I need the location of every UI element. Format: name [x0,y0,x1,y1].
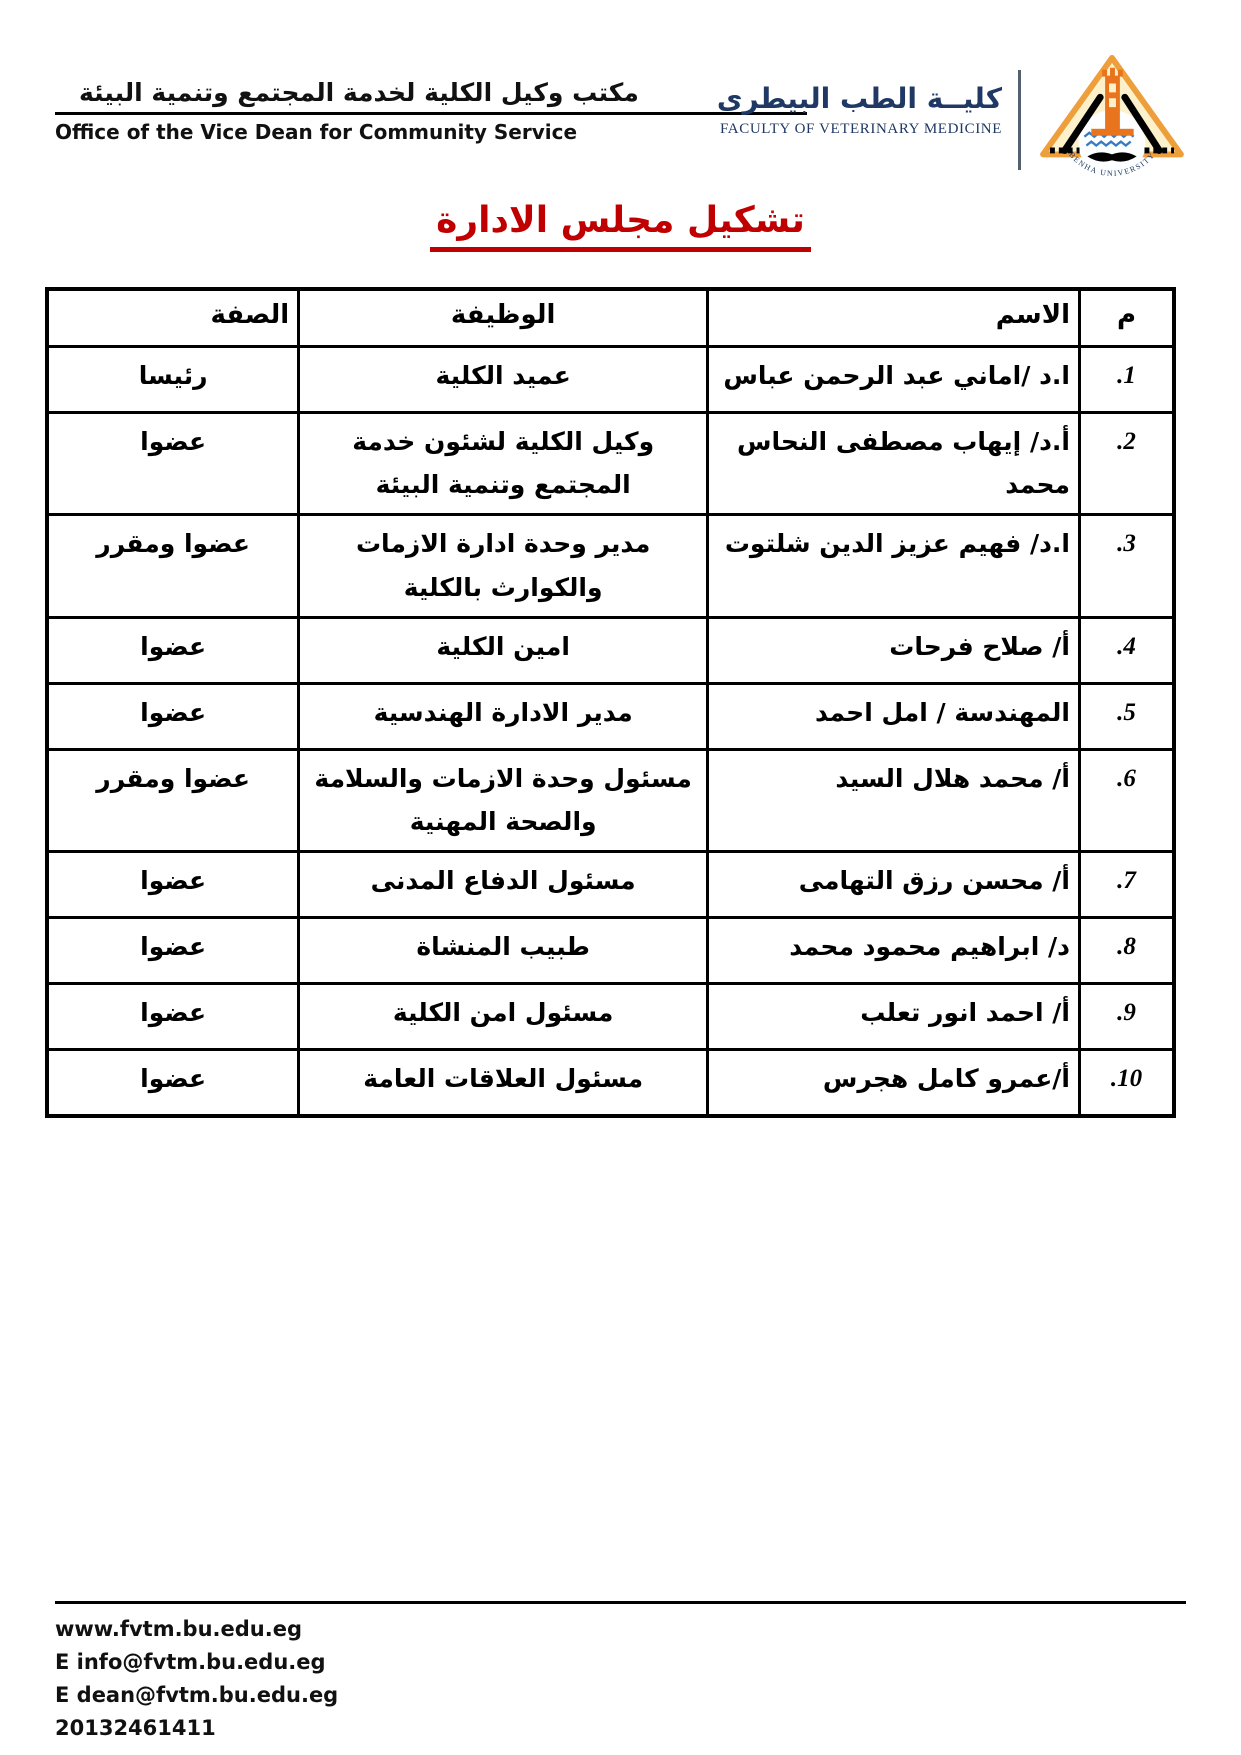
faculty-name-arabic: كليــة الطب البيطرى [717,84,1002,115]
row-name: أ.د/ إيهاب مصطفى النحاس محمد [708,412,1080,515]
footer: www.fvtm.bu.edu.eg E info@fvtm.bu.edu.eg… [55,1601,1186,1745]
row-number: 2. [1079,412,1174,515]
table-row: 6. أ/ محمد هلال السيد مسئول وحدة الازمات… [47,749,1174,852]
document-page: مكتب وكيل الكلية لخدمة المجتمع وتنمية ال… [0,0,1241,1755]
row-role: عضوا [47,617,299,683]
row-position: امين الكلية [299,617,708,683]
table-row: 5. المهندسة / امل احمد مدير الادارة الهن… [47,683,1174,749]
row-role: عضوا ومقرر [47,515,299,618]
row-name: أ/ احمد انور تعلب [708,984,1080,1050]
row-position: مدير الادارة الهندسية [299,683,708,749]
header-number: م [1079,289,1174,346]
header-name: الاسم [708,289,1080,346]
row-role: عضوا [47,852,299,918]
row-name: المهندسة / امل احمد [708,683,1080,749]
row-position: وكيل الكلية لشئون خدمة المجتمع وتنمية ال… [299,412,708,515]
footer-website: www.fvtm.bu.edu.eg [55,1613,1186,1646]
row-number: 3. [1079,515,1174,618]
row-name: ا.د /اماني عبد الرحمن عباس [708,346,1080,412]
row-role: عضوا ومقرر [47,749,299,852]
footer-email-dean: E dean@fvtm.bu.edu.eg [55,1679,1186,1712]
row-number: 8. [1079,918,1174,984]
row-role: عضوا [47,918,299,984]
row-position: مسئول امن الكلية [299,984,708,1050]
board-of-directors-table: م الاسم الوظيفة الصفة 1. ا.د /اماني عبد … [45,287,1176,1118]
row-name: ا.د/ فهيم عزيز الدين شلتوت [708,515,1080,618]
row-number: 7. [1079,852,1174,918]
table-header-row: م الاسم الوظيفة الصفة [47,289,1174,346]
row-number: 6. [1079,749,1174,852]
table-row: 4. أ/ صلاح فرحات امين الكلية عضوا [47,617,1174,683]
row-name: أ/ محسن رزق التهامى [708,852,1080,918]
faculty-name-english: FACULTY OF VETERINARY MEDICINE [720,121,1002,138]
row-position: مسئول وحدة الازمات والسلامة والصحة المهن… [299,749,708,852]
footer-phone: 20132461411 [55,1712,1186,1745]
table-row: 2. أ.د/ إيهاب مصطفى النحاس محمد وكيل الك… [47,412,1174,515]
office-name-arabic: مكتب وكيل الكلية لخدمة المجتمع وتنمية ال… [55,78,807,107]
row-role: عضوا [47,984,299,1050]
header-vertical-divider [1018,70,1021,170]
row-number: 10. [1079,1050,1174,1116]
row-name: أ/ صلاح فرحات [708,617,1080,683]
row-position: مسئول الدفاع المدنى [299,852,708,918]
row-role: عضوا [47,1050,299,1116]
row-position: مدير وحدة ادارة الازمات والكوارث بالكلية [299,515,708,618]
office-name-english: Office of the Vice Dean for Community Se… [55,120,807,144]
header-position: الوظيفة [299,289,708,346]
header-role: الصفة [47,289,299,346]
header-faculty-block: كليــة الطب البيطرى FACULTY OF VETERINAR… [717,52,1191,180]
table-row: 10. أ/عمرو كامل هجرس مسئول العلاقات العا… [47,1050,1174,1116]
table-row: 9. أ/ احمد انور تعلب مسئول امن الكلية عض… [47,984,1174,1050]
title-wrap: تشكيل مجلس الادارة [0,200,1241,252]
row-role: عضوا [47,412,299,515]
table-row: 8. د/ ابراهيم محمود محمد طبيب المنشاة عض… [47,918,1174,984]
row-position: عميد الكلية [299,346,708,412]
page-title: تشكيل مجلس الادارة [430,200,811,252]
row-name: أ/ محمد هلال السيد [708,749,1080,852]
row-number: 5. [1079,683,1174,749]
row-number: 1. [1079,346,1174,412]
benha-university-logo: BENHA UNIVERSITY [1033,52,1191,180]
row-position: مسئول العلاقات العامة [299,1050,708,1116]
row-name: د/ ابراهيم محمود محمد [708,918,1080,984]
table-row: 3. ا.د/ فهيم عزيز الدين شلتوت مدير وحدة … [47,515,1174,618]
table-row: 1. ا.د /اماني عبد الرحمن عباس عميد الكلي… [47,346,1174,412]
footer-email-info: E info@fvtm.bu.edu.eg [55,1646,1186,1679]
row-position: طبيب المنشاة [299,918,708,984]
header-office-block: مكتب وكيل الكلية لخدمة المجتمع وتنمية ال… [55,78,807,144]
header-rule [55,112,807,115]
row-number: 9. [1079,984,1174,1050]
row-role: عضوا [47,683,299,749]
row-name: أ/عمرو كامل هجرس [708,1050,1080,1116]
table-row: 7. أ/ محسن رزق التهامى مسئول الدفاع المد… [47,852,1174,918]
row-role: رئيسا [47,346,299,412]
row-number: 4. [1079,617,1174,683]
faculty-titles: كليــة الطب البيطرى FACULTY OF VETERINAR… [717,84,1002,138]
